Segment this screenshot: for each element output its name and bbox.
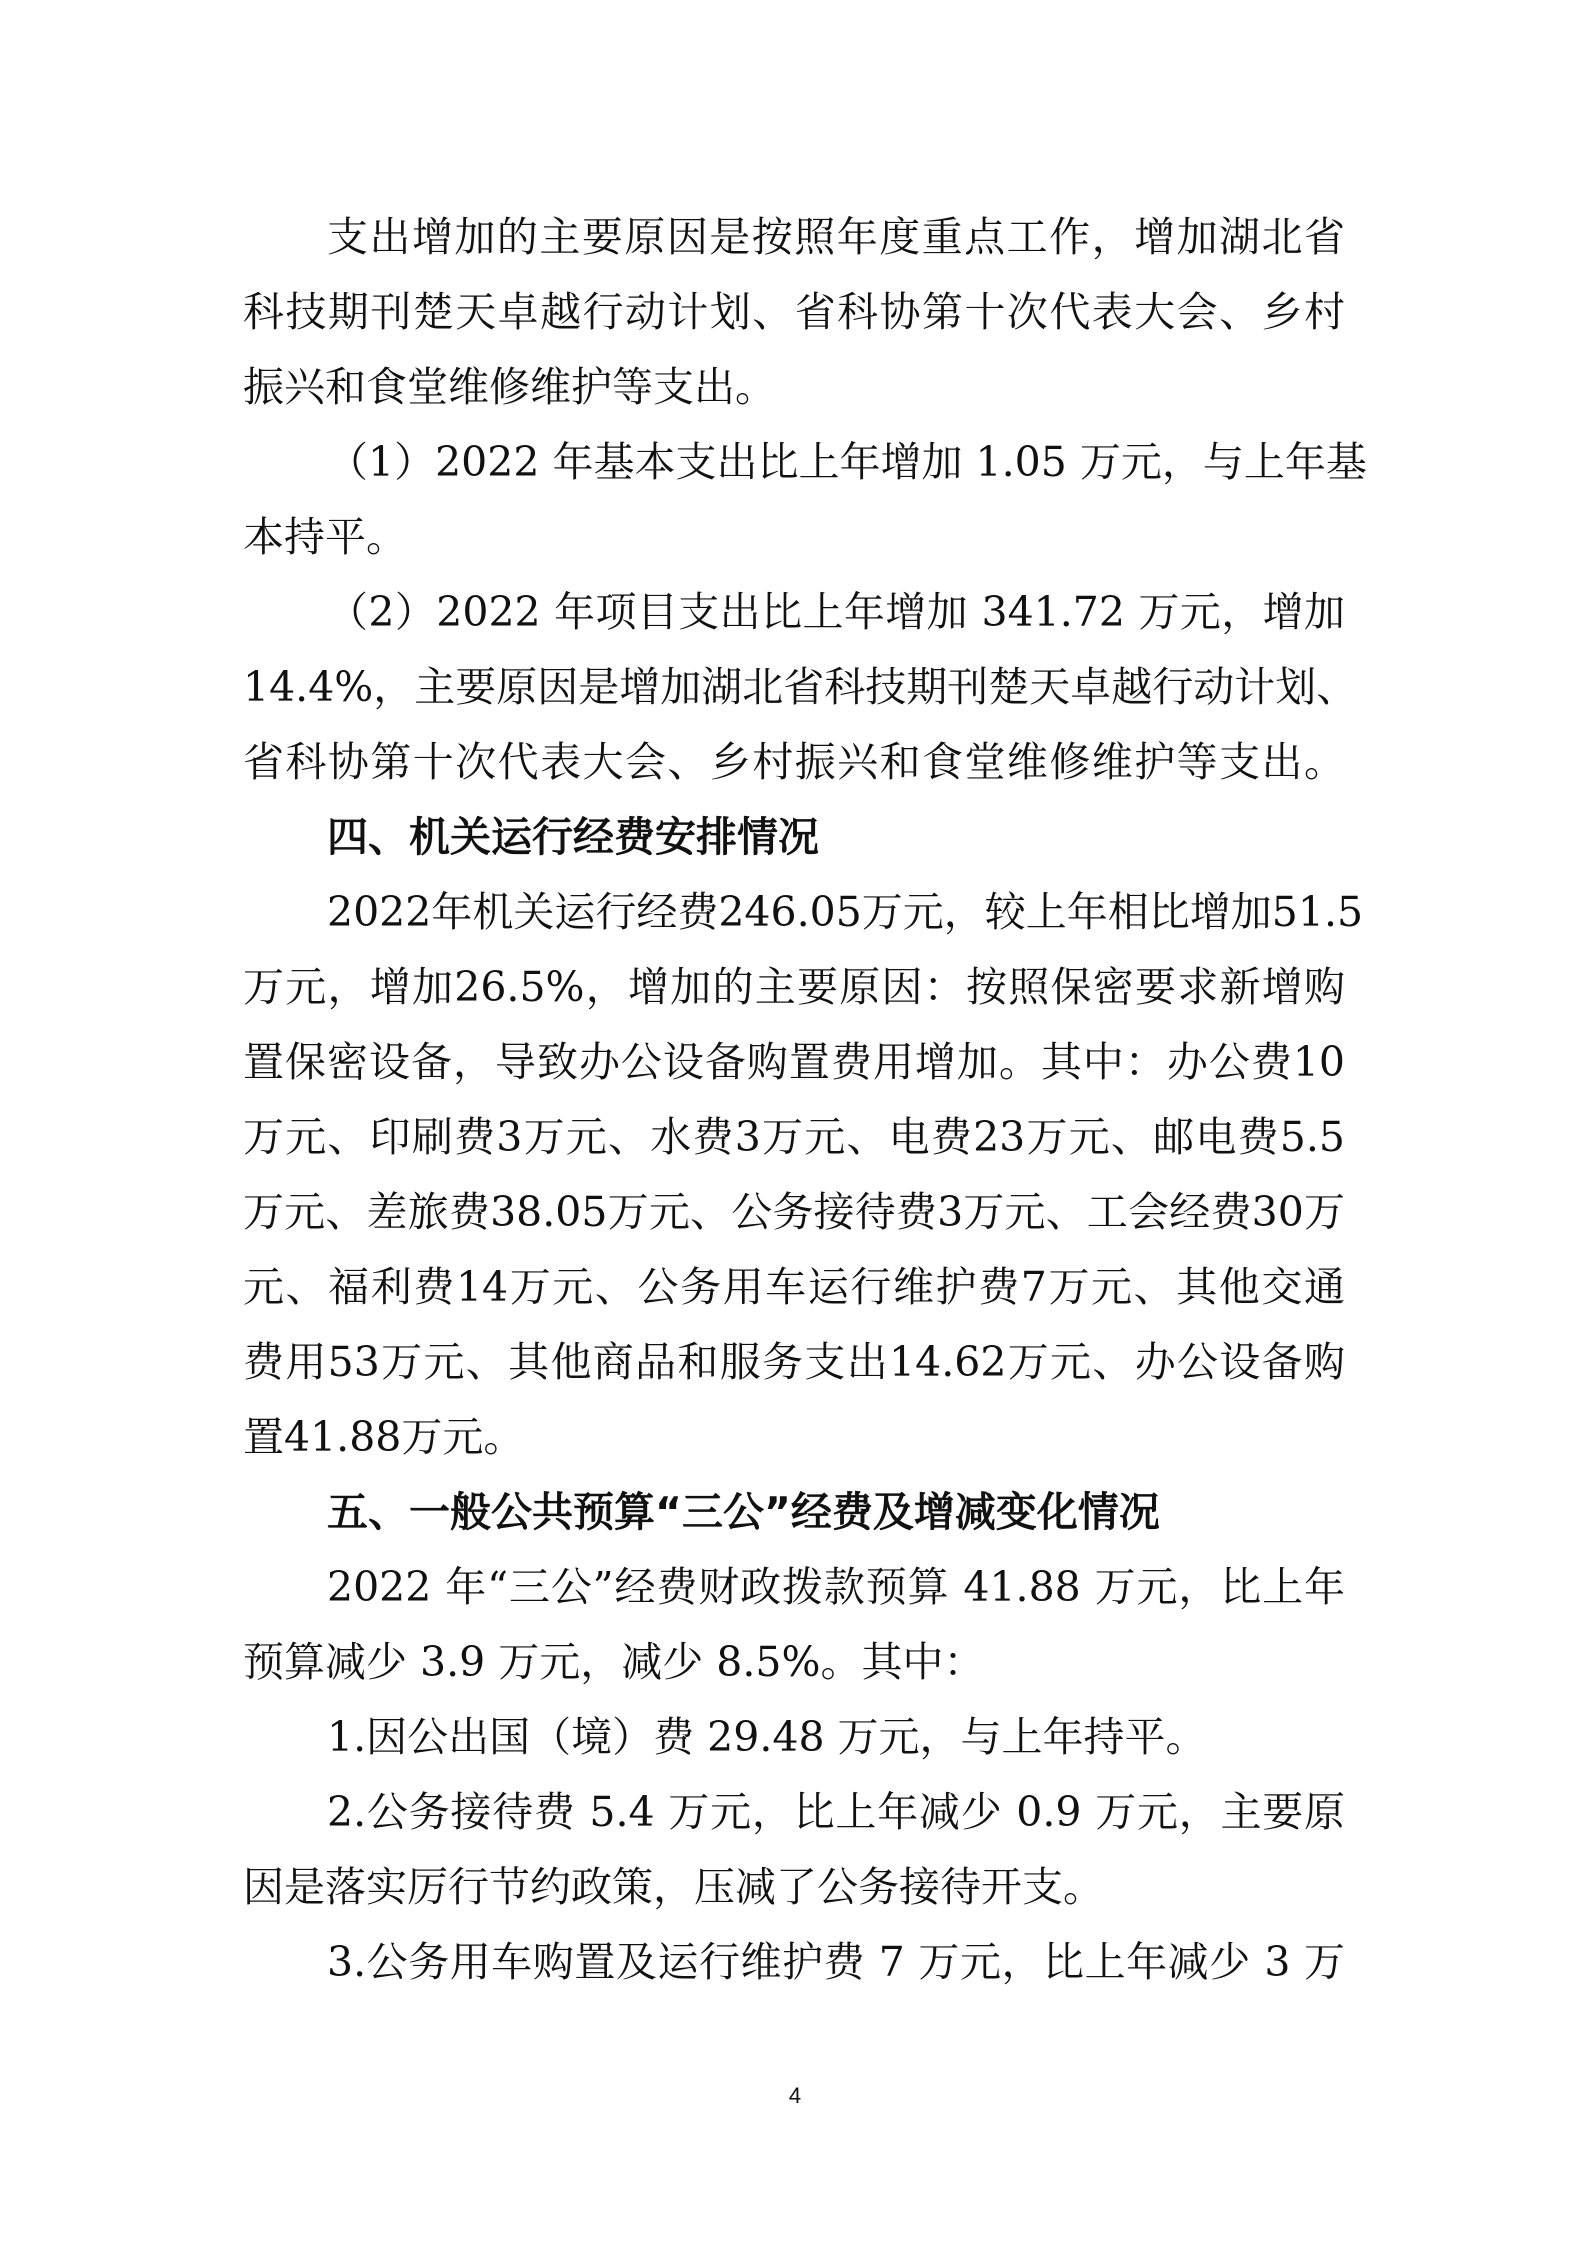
body-line: 2022年机关运行经费246.05万元，较上年相比增加51.5: [327, 882, 1345, 942]
body-line: 2.公务接待费 5.4 万元，比上年减少 0.9 万元，主要原: [327, 1782, 1345, 1842]
page-number: 4: [783, 2083, 807, 2109]
body-line: 置41.88万元。: [243, 1407, 1345, 1467]
body-line: （2）2022 年项目支出比上年增加 341.72 万元，增加: [327, 582, 1345, 642]
body-line: 14.4%，主要原因是增加湖北省科技期刊楚天卓越行动计划、: [243, 657, 1345, 717]
document-page: 支出增加的主要原因是按照年度重点工作，增加湖北省 科技期刊楚天卓越行动计划、省科…: [0, 0, 1587, 2245]
body-line: 万元，增加26.5%，增加的主要原因：按照保密要求新增购: [243, 957, 1345, 1017]
body-line: 费用53万元、其他商品和服务支出14.62万元、办公设备购: [243, 1332, 1345, 1392]
body-line: 万元、差旅费38.05万元、公务接待费3万元、工会经费30万: [243, 1182, 1345, 1242]
body-line: 科技期刊楚天卓越行动计划、省科协第十次代表大会、乡村: [243, 282, 1345, 342]
body-line: 振兴和食堂维修维护等支出。: [243, 357, 1345, 417]
body-line: 万元、印刷费3万元、水费3万元、电费23万元、邮电费5.5: [243, 1107, 1345, 1167]
body-line: 置保密设备，导致办公设备购置费用增加。其中：办公费10: [243, 1032, 1345, 1092]
body-line: 预算减少 3.9 万元，减少 8.5%。其中：: [243, 1632, 1345, 1692]
body-line: 支出增加的主要原因是按照年度重点工作，增加湖北省: [327, 207, 1345, 267]
body-line: （1）2022 年基本支出比上年增加 1.05 万元，与上年基: [327, 432, 1345, 492]
body-line: 2022 年“三公”经费财政拨款预算 41.88 万元，比上年: [327, 1557, 1345, 1617]
body-line: 本持平。: [243, 507, 1345, 567]
body-line: 因是落实厉行节约政策，压减了公务接待开支。: [243, 1857, 1345, 1917]
body-line: 元、福利费14万元、公务用车运行维护费7万元、其他交通: [243, 1257, 1345, 1317]
body-line: 3.公务用车购置及运行维护费 7 万元，比上年减少 3 万: [327, 1932, 1345, 1992]
section-heading: 四、机关运行经费安排情况: [327, 807, 1345, 867]
body-line: 省科协第十次代表大会、乡村振兴和食堂维修维护等支出。: [243, 732, 1345, 792]
section-heading: 五、一般公共预算“三公”经费及增减变化情况: [327, 1482, 1345, 1542]
body-line: 1.因公出国（境）费 29.48 万元，与上年持平。: [327, 1707, 1345, 1767]
